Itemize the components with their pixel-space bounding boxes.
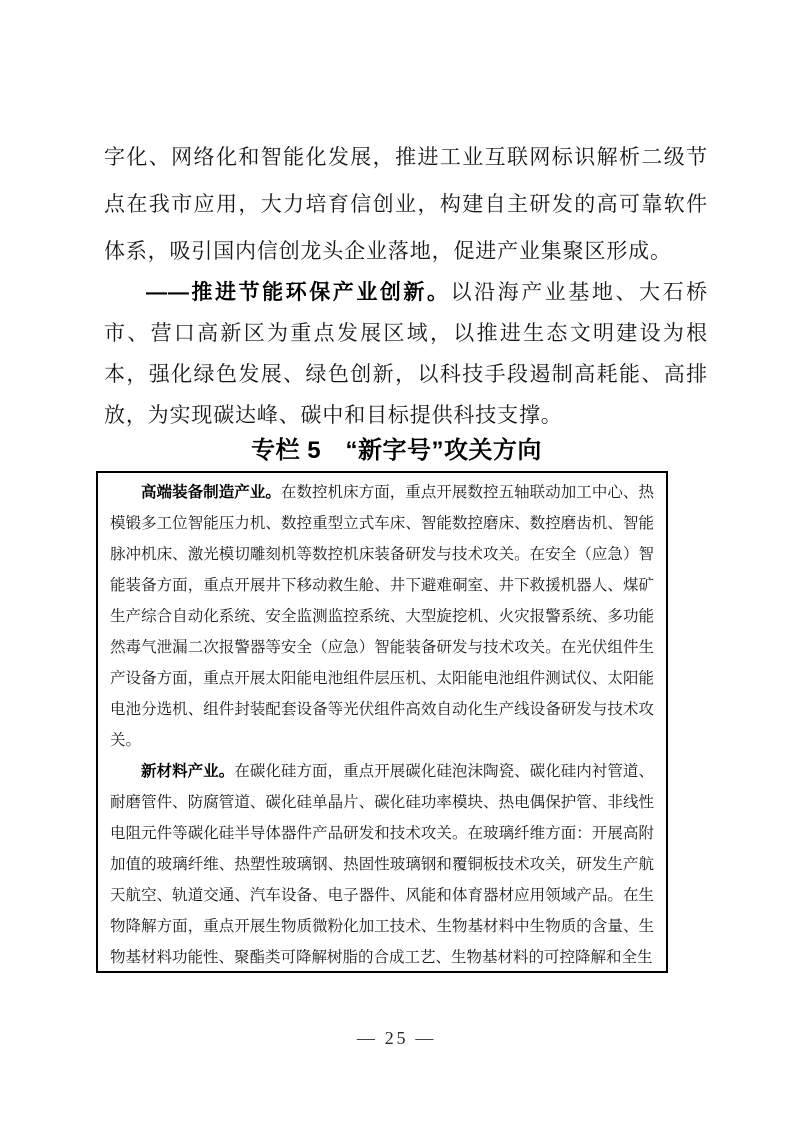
document-page: 字化、网络化和智能化发展，推进工业互联网标识解析二级节点在我市应用，大力培育信创… bbox=[0, 0, 793, 1122]
page-number: — 25 — bbox=[0, 1028, 793, 1049]
box-paragraph-bold-lead: 新材料产业。 bbox=[141, 763, 234, 780]
column-box: 高端装备制造产业。在数控机床方面，重点开展数控五轴联动加工中心、热模锻多工位智能… bbox=[96, 471, 668, 973]
paragraph-energy-saving-innovation: ——推进节能环保产业创新。以沿海产业基地、大石桥市、营口高新区为重点发展区域，以… bbox=[104, 272, 708, 436]
box-paragraph-new-materials: 新材料产业。在碳化硅方面，重点开展碳化硅泡沫陶瓷、碳化硅内衬管道、耐磨管件、防腐… bbox=[110, 756, 654, 973]
box-paragraph-text: 在数控机床方面，重点开展数控五轴联动加工中心、热模锻多工位智能压力机、数控重型立… bbox=[110, 484, 654, 749]
paragraph-text: 字化、网络化和智能化发展，推进工业互联网标识解析二级节点在我市应用，大力培育信创… bbox=[104, 145, 708, 263]
paragraph-bold-lead: ——推进节能环保产业创新。 bbox=[146, 281, 451, 304]
box-paragraph-text: 在碳化硅方面，重点开展碳化硅泡沫陶瓷、碳化硅内衬管道、耐磨管件、防腐管道、碳化硅… bbox=[110, 763, 654, 966]
box-paragraph-high-end-equipment: 高端装备制造产业。在数控机床方面，重点开展数控五轴联动加工中心、热模锻多工位智能… bbox=[110, 477, 654, 756]
box-paragraph-bold-lead: 高端装备制造产业。 bbox=[141, 484, 281, 501]
paragraph-digitalization: 字化、网络化和智能化发展，推进工业互联网标识解析二级节点在我市应用，大力培育信创… bbox=[104, 134, 708, 275]
column-box-title: 专栏 5 “新字号”攻关方向 bbox=[0, 434, 793, 468]
